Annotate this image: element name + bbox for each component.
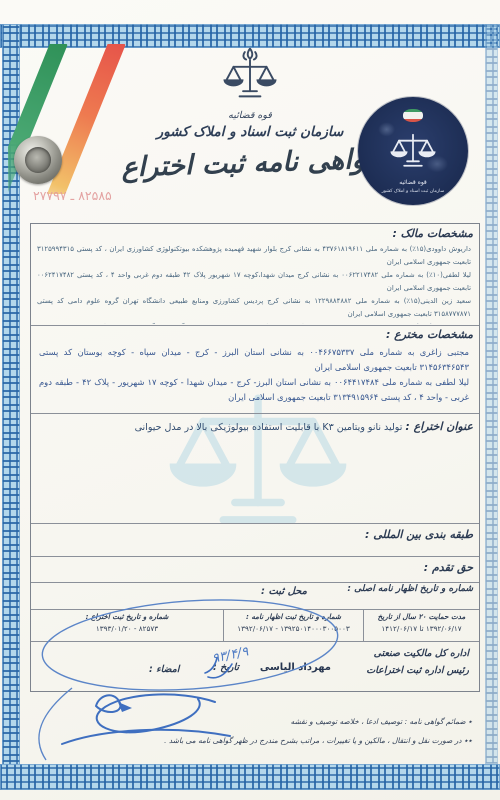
registration-place-label: محل ثبت : (261, 586, 307, 597)
scales-of-justice-icon (222, 46, 278, 112)
inventor-line: لیلا لطفی به شماره ملی ۰۰۶۴۴۱۷۴۸۴ به نشا… (39, 375, 469, 405)
classification-label: طبقه بندی بین المللی : (365, 528, 473, 541)
table-divider-bottom (31, 641, 479, 642)
invention-title-row: عنوان اختراع : تولید نانو ویتامین K۳ با … (39, 420, 473, 433)
owner-line: مجتبی زاغری(۴۰٪) به شماره ملی ۰۰۴۶۶۷۵۳۳۷… (37, 321, 471, 324)
section-divider (31, 523, 479, 524)
official-seal: قوه قضائیه سازمان ثبت اسناد و املاک کشور (358, 97, 468, 205)
section-divider (31, 325, 479, 326)
section-divider (31, 556, 479, 557)
footnote-transfer: ٭٭ در صورت نقل و انتقال ، مالکین و یا تغ… (32, 731, 472, 750)
footnotes: ٭ ضمائم گواهی نامه : توصیف ادعا ، خلاصه … (32, 712, 472, 750)
application-value: ۱۳۹۲۵۰۱۴۰۰۰۳۰۰۵۰۰۳ - ۱۳۹۲/۰۶/۱۷ (224, 623, 363, 635)
section-divider (31, 582, 479, 583)
grommet-eyelet (14, 136, 62, 184)
certificate-body: مشخصات مالک : داریوش داوودی(۱۵٪) به شمار… (30, 223, 480, 692)
priority-label: حق تقدم : (424, 561, 473, 574)
office-name: اداره کل مالکیت صنعتی (366, 645, 469, 662)
invention-title: تولید نانو ویتامین K۳ با قابلیت استفاده … (135, 422, 403, 433)
inventor-lines: مجتبی زاغری به شماره ملی ۰۰۴۶۶۷۵۳۳۷ به ن… (39, 345, 469, 411)
ornamental-border-bottom (0, 764, 500, 790)
protection-label: مدت حمایت ۲۰ سال از تاریخ (364, 611, 479, 623)
patent-number-cell: شماره و تاریخ ثبت اختراع : ۸۲۵۷۳ - ۱۳۹۳/… (31, 609, 223, 641)
office-block: اداره کل مالکیت صنعتی رئیس اداره ثبت اخت… (366, 645, 469, 679)
section-divider (31, 413, 479, 414)
serial-number-red: ۸۲۵۸۵ ـ ۲۷۷۹۷ (33, 188, 112, 203)
application-number-cell: شماره و تاریخ ثبت اظهار نامه : ۱۳۹۲۵۰۱۴۰… (223, 609, 364, 641)
seal-flag-icon (403, 109, 423, 122)
grommet-hole (25, 147, 51, 173)
signatory-name: مهرداد الیاسی (260, 662, 331, 673)
owner-line: داریوش داوودی(۱۵٪) به شماره ملی ۴۳۷۶۱۸۱۹… (37, 243, 471, 269)
owner-line: سعید زین الدینی(۱۵٪) به شماره ملی ۱۲۲۹۸۸… (37, 295, 471, 321)
office-chief: رئیس اداره ثبت اختراعات (366, 662, 469, 679)
footnote-attachments: ٭ ضمائم گواهی نامه : توصیف ادعا ، خلاصه … (32, 712, 472, 731)
protection-duration-cell: مدت حمایت ۲۰ سال از تاریخ ۱۳۹۲/۰۶/۱۷ تا … (364, 609, 479, 641)
inventor-line: مجتبی زاغری به شماره ملی ۰۰۴۶۶۷۵۳۳۷ به ن… (39, 345, 469, 375)
main-declaration-label: شماره و تاریخ اظهار نامه اصلی : (347, 584, 473, 594)
owner-lines: داریوش داوودی(۱۵٪) به شماره ملی ۴۳۷۶۱۸۱۹… (37, 243, 471, 324)
signature-label: امضاء : (149, 664, 179, 675)
inventor-section-label: مشخصات مخترع : (386, 328, 473, 341)
seal-text-judiciary: قوه قضائیه (358, 179, 468, 186)
protection-value: ۱۳۹۲/۰۶/۱۷ تا ۱۴۱۲/۰۶/۱۷ (364, 623, 479, 635)
seal-scales-icon (385, 123, 441, 179)
seal-text-organization: سازمان ثبت اسناد و املاک کشور (358, 189, 468, 194)
patent-value: ۸۲۵۷۳ - ۱۳۹۳/۰۱/۲۰ (31, 623, 223, 635)
owner-section-label: مشخصات مالک : (392, 227, 473, 240)
patent-certificate-page: ۸۲۵۸۵ ـ ۲۷۷۹۷ قوه قضائیه سازمان ثبت اسنا… (0, 0, 500, 800)
invention-label: عنوان اختراع : (405, 420, 473, 433)
owner-line: لیلا لطفی(۱۰٪) به شماره ملی ۰۰۶۲۲۱۷۴۸۲ ب… (37, 269, 471, 295)
patent-label: شماره و تاریخ ثبت اختراع : (31, 611, 223, 623)
application-label: شماره و تاریخ ثبت اظهار نامه : (224, 611, 363, 623)
